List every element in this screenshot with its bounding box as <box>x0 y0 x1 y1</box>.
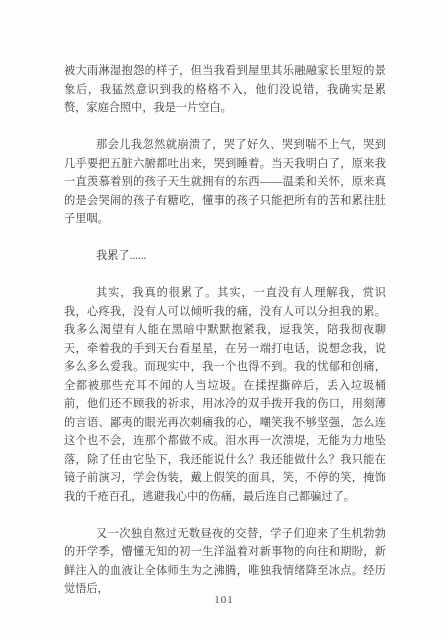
document-page: 被大雨淋湿抱怨的样子，但当我看到屋里其乐融融家长里短的景象后，我猛然意识到我的格… <box>0 0 448 640</box>
paragraph-continuation: 被大雨淋湿抱怨的样子，但当我看到屋里其乐融融家长里短的景象后，我猛然意识到我的格… <box>64 62 386 118</box>
text-block: 被大雨淋湿抱怨的样子，但当我看到屋里其乐融融家长里短的景象后，我猛然意识到我的格… <box>64 62 386 617</box>
paragraph: 那会儿我忽然就崩溃了，哭了好久、哭到喘不上气，哭到几乎要把五脏六腑都吐出来，哭到… <box>64 136 386 229</box>
page-number: 101 <box>0 594 448 606</box>
paragraph: 我累了...... <box>64 247 386 266</box>
paragraph: 又一次独自熬过无数昼夜的交替，学子们迎来了生机勃勃的开学季，懵懂无知的初一生洋溢… <box>64 525 386 599</box>
paragraph: 其实，我真的很累了。其实，一直没有人理解我，赏识我，心疼我，没有人可以倾听我的痛… <box>64 284 386 506</box>
